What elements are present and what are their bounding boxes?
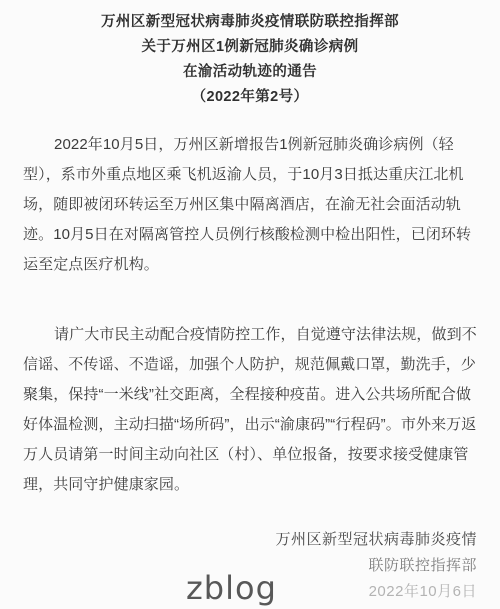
notice-title-line-3: 在渝活动轨迹的通告 xyxy=(0,60,500,85)
notice-title-block: 万州区新型冠状病毒肺炎疫情联防联控指挥部 关于万州区1例新冠肺炎确诊病例 在渝活… xyxy=(0,0,500,110)
body-line: 场，随即被闭环转运至万州区集中隔离酒店，在渝无社会面活动轨 xyxy=(23,190,477,220)
notice-document-page: 万州区新型冠状病毒肺炎疫情联防联控指挥部 关于万州区1例新冠肺炎确诊病例 在渝活… xyxy=(0,0,500,609)
body-line: 万人员请第一时间主动向社区（村）、单位报备，按要求接受健康管 xyxy=(23,440,477,470)
body-line: 信谣、不传谣、不造谣，加强个人防护，规范佩戴口罩，勤洗手，少 xyxy=(23,350,477,380)
notice-title-line-2: 关于万州区1例新冠肺炎确诊病例 xyxy=(0,35,500,60)
body-line: 理，共同守护健康家园。 xyxy=(23,470,477,500)
signature-org-line-1: 万州区新型冠状病毒肺炎疫情 xyxy=(0,527,477,553)
notice-paragraph-case-report: 2022年10月5日，万州区新增报告1例新冠肺炎确诊病例（轻 型），系市外重点地… xyxy=(23,130,477,280)
body-line: 请广大市民主动配合疫情防控工作，自觉遵守法律法规，做到不 xyxy=(23,320,477,350)
notice-issue-number: （2022年第2号） xyxy=(0,85,500,110)
body-line: 2022年10月5日，万州区新增报告1例新冠肺炎确诊病例（轻 xyxy=(23,130,477,160)
body-line: 型），系市外重点地区乘飞机返渝人员，于10月3日抵达重庆江北机 xyxy=(23,160,477,190)
body-line: 好体温检测，主动扫描“场所码”，出示“渝康码”“行程码”。市外来万返 xyxy=(23,410,477,440)
notice-body: 2022年10月5日，万州区新增报告1例新冠肺炎确诊病例（轻 型），系市外重点地… xyxy=(23,130,477,500)
body-line: 运至定点医疗机构。 xyxy=(23,250,477,280)
notice-paragraph-public-advice: 请广大市民主动配合疫情防控工作，自觉遵守法律法规，做到不 信谣、不传谣、不造谣，… xyxy=(23,320,477,500)
zblog-watermark: zblog xyxy=(186,570,277,606)
body-line: 迹。10月5日在对隔离管控人员例行核酸检测中检出阳性，已闭环转 xyxy=(23,220,477,250)
body-line: 聚集，保持“一米线”社交距离，全程接种疫苗。进入公共场所配合做 xyxy=(23,380,477,410)
notice-title-line-1: 万州区新型冠状病毒肺炎疫情联防联控指挥部 xyxy=(0,10,500,35)
